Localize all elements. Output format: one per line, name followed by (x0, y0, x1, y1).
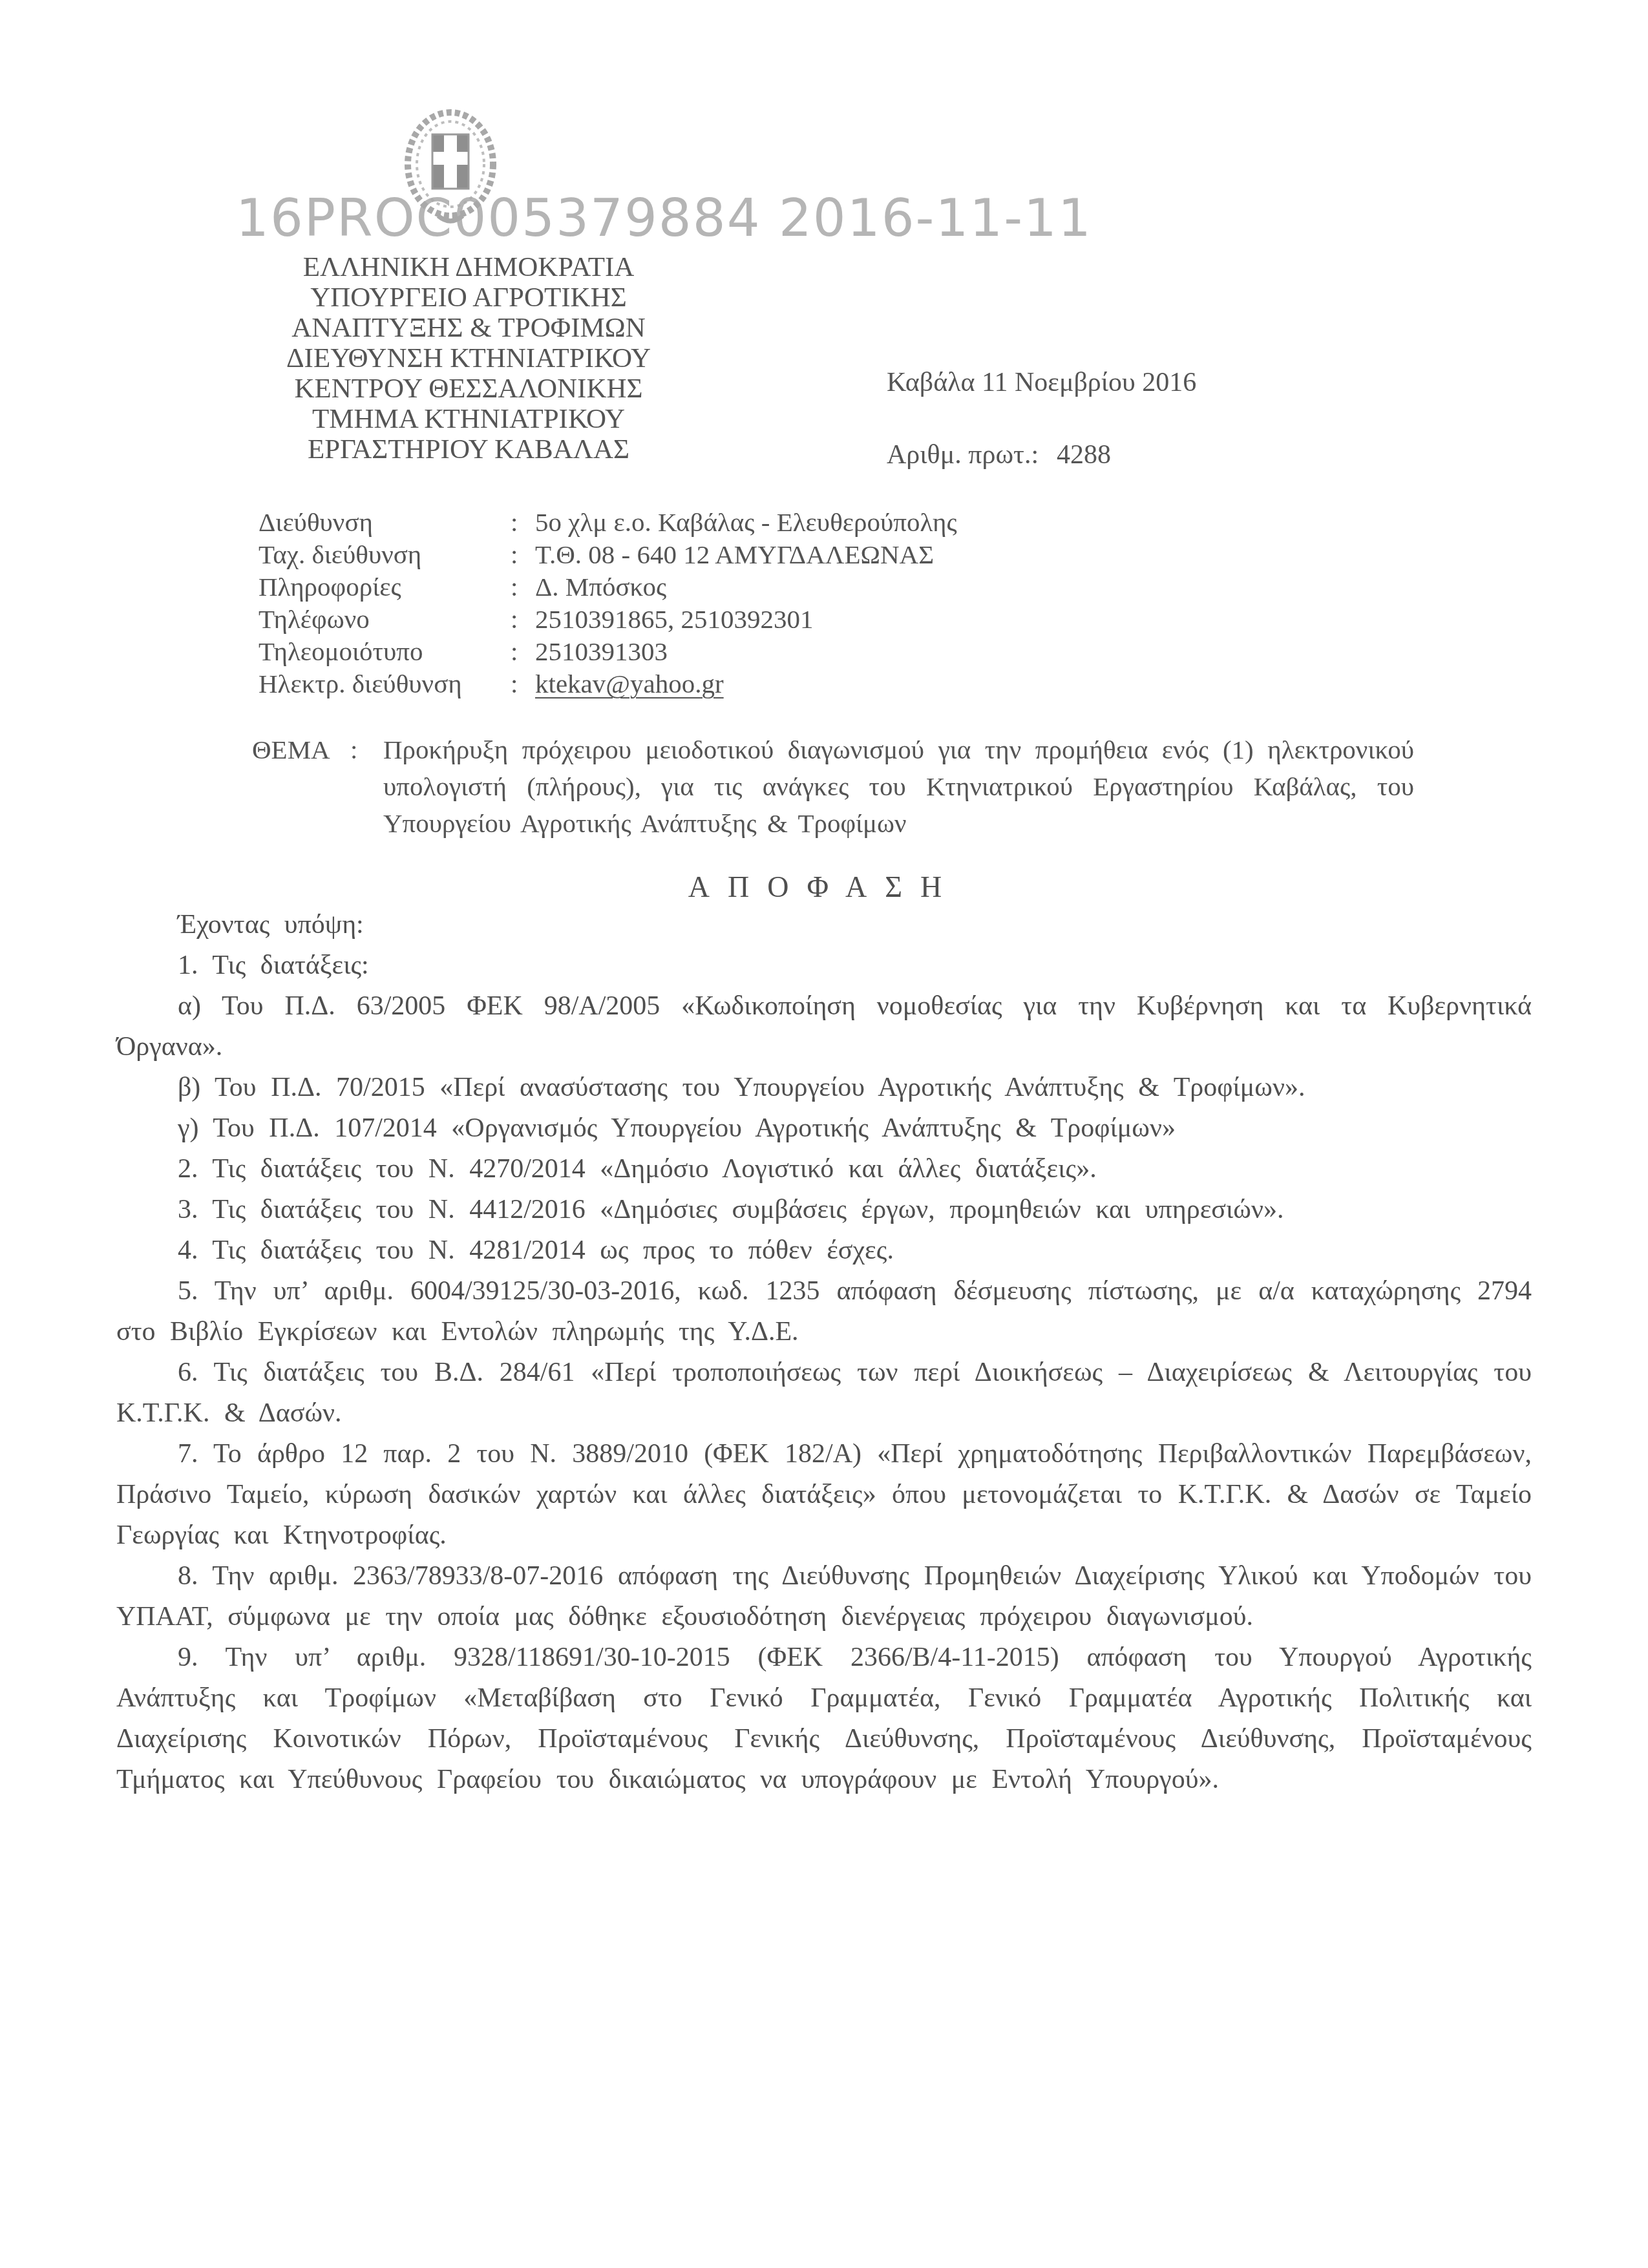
protocol-number-line: Αριθμ. πρωτ.:4288 (887, 439, 1111, 470)
email-address: ktekav@yahoo.gr (535, 667, 724, 700)
decision-body: Έχοντας υπόψη: 1. Τις διατάξεις: α) Του … (116, 905, 1532, 1800)
body-paragraph: γ) Του Π.Δ. 107/2014 «Οργανισμός Υπουργε… (116, 1108, 1532, 1149)
letterhead-line: ΑΝΑΠΤΥΞΗΣ & ΤΡΟΦΙΜΩΝ (223, 313, 714, 343)
body-paragraph: 5. Την υπ’ αριθμ. 6004/39125/30-03-2016,… (116, 1271, 1532, 1352)
colon: : (350, 731, 357, 768)
contact-value: Δ. Μπόσκος (535, 571, 666, 603)
contact-label: Ηλεκτρ. διεύθυνση (259, 667, 511, 700)
contact-row: Ηλεκτρ. διεύθυνση : ktekav@yahoo.gr (259, 667, 957, 700)
contact-label: Πληροφορίες (259, 571, 511, 603)
body-paragraph: α) Του Π.Δ. 63/2005 ΦΕΚ 98/Α/2005 «Κωδικ… (116, 986, 1532, 1067)
body-paragraph: 2. Τις διατάξεις του Ν. 4270/2014 «Δημόσ… (116, 1149, 1532, 1190)
contact-row: Διεύθυνση : 5ο χλμ ε.ο. Καβάλας - Ελευθε… (259, 506, 957, 538)
body-paragraph: 9. Την υπ’ αριθμ. 9328/118691/30-10-2015… (116, 1637, 1532, 1800)
contact-value: Τ.Θ. 08 - 640 12 ΑΜΥΓΔΑΛΕΩΝΑΣ (535, 538, 934, 571)
letterhead-line: ΤΜΗΜΑ ΚΤΗΝΙΑΤΡΙΚΟΥ (223, 404, 714, 434)
body-paragraph: 7. Το άρθρο 12 παρ. 2 του Ν. 3889/2010 (… (116, 1434, 1532, 1556)
contact-row: Τηλέφωνο : 2510391865, 2510392301 (259, 603, 957, 635)
body-paragraph: Έχοντας υπόψη: (116, 905, 1532, 945)
body-paragraph: 8. Την αριθμ. 2363/78933/8-07-2016 απόφα… (116, 1556, 1532, 1637)
protocol-number: 4288 (1057, 440, 1111, 470)
body-paragraph: β) Του Π.Δ. 70/2015 «Περί ανασύστασης το… (116, 1067, 1532, 1108)
protocol-label: Αριθμ. πρωτ.: (887, 440, 1039, 470)
contact-value: 5ο χλμ ε.ο. Καβάλας - Ελευθερούπολης (535, 506, 957, 538)
colon: : (511, 538, 535, 571)
place-and-date: Καβάλα 11 Νοεμβρίου 2016 (887, 367, 1196, 398)
colon: : (511, 635, 535, 667)
contact-row: Τηλεομοιότυπο : 2510391303 (259, 635, 957, 667)
agency-letterhead: ΕΛΛΗΝΙΚΗ ΔΗΜΟΚΡΑΤΙΑ ΥΠΟΥΡΓΕΙΟ ΑΓΡΟΤΙΚΗΣ … (223, 252, 714, 465)
colon: : (511, 667, 535, 700)
contact-value: 2510391865, 2510392301 (535, 603, 814, 635)
body-paragraph: 1. Τις διατάξεις: (116, 945, 1532, 986)
contact-details: Διεύθυνση : 5ο χλμ ε.ο. Καβάλας - Ελευθε… (259, 506, 957, 700)
subject-label: ΘΕΜΑ (252, 731, 330, 768)
body-paragraph: 4. Τις διατάξεις του Ν. 4281/2014 ως προ… (116, 1230, 1532, 1271)
body-paragraph: 6. Τις διατάξεις του Β.Δ. 284/61 «Περί τ… (116, 1352, 1532, 1434)
procurement-watermark: 16PROC005379884 2016-11-11 (236, 187, 1092, 249)
contact-label: Ταχ. διεύθυνση (259, 538, 511, 571)
letterhead-line: ΕΡΓΑΣΤΗΡΙΟΥ ΚΑΒΑΛΑΣ (223, 434, 714, 465)
subject-text: Προκήρυξη πρόχειρου μειοδοτικού διαγωνισ… (383, 731, 1414, 842)
colon: : (511, 506, 535, 538)
contact-row: Πληροφορίες : Δ. Μπόσκος (259, 571, 957, 603)
body-paragraph: 3. Τις διατάξεις του Ν. 4412/2016 «Δημόσ… (116, 1190, 1532, 1230)
decision-title: ΑΠΟΦΑΣΗ (116, 870, 1532, 904)
contact-label: Διεύθυνση (259, 506, 511, 538)
contact-label: Τηλεομοιότυπο (259, 635, 511, 667)
contact-row: Ταχ. διεύθυνση : Τ.Θ. 08 - 640 12 ΑΜΥΓΔΑ… (259, 538, 957, 571)
contact-label: Τηλέφωνο (259, 603, 511, 635)
colon: : (511, 603, 535, 635)
letterhead-line: ΔΙΕΥΘΥΝΣΗ ΚΤΗΝΙΑΤΡΙΚΟΥ (223, 343, 714, 373)
subject-section: ΘΕΜΑ : Προκήρυξη πρόχειρου μειοδοτικού δ… (252, 731, 1415, 842)
colon: : (511, 571, 535, 603)
letterhead-line: ΕΛΛΗΝΙΚΗ ΔΗΜΟΚΡΑΤΙΑ (223, 252, 714, 282)
scanned-document-page: 16PROC005379884 2016-11-11 ΕΛΛΗΝΙΚΗ ΔΗΜΟ… (0, 0, 1648, 2268)
contact-value: 2510391303 (535, 635, 668, 667)
letterhead-line: ΚΕΝΤΡΟΥ ΘΕΣΣΑΛΟΝΙΚΗΣ (223, 373, 714, 404)
letterhead-line: ΥΠΟΥΡΓΕΙΟ ΑΓΡΟΤΙΚΗΣ (223, 282, 714, 313)
